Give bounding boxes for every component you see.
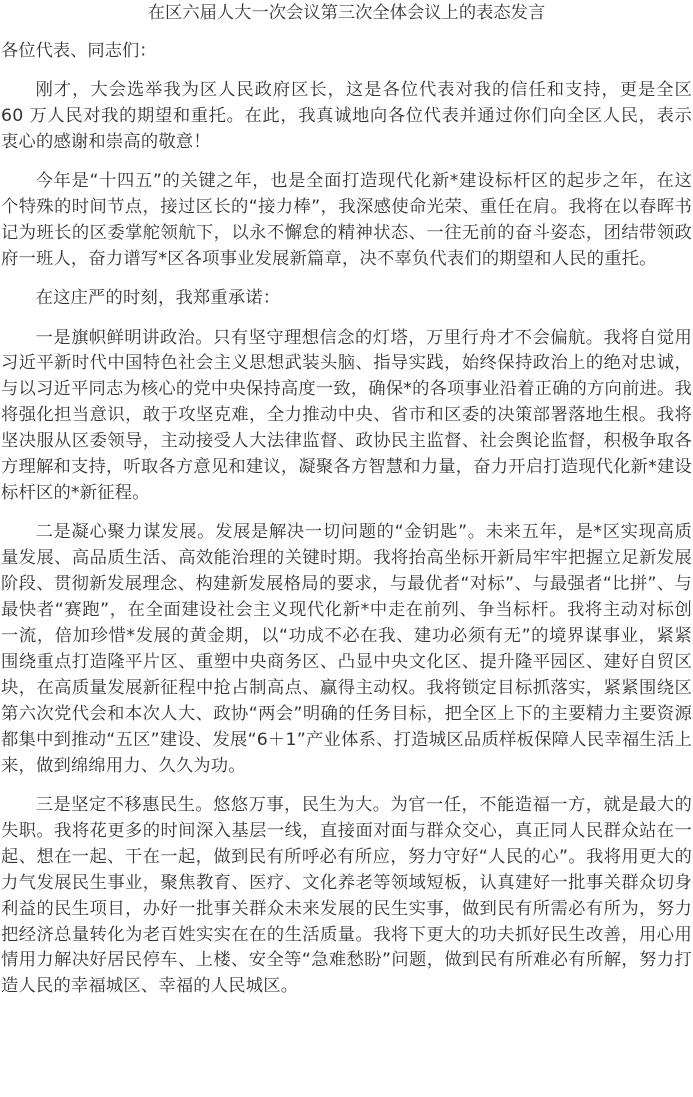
greeting: 各位代表、同志们：: [1, 39, 692, 65]
paragraph-pledge-politics: 一是旗帜鲜明讲政治。只有坚守理想信念的灯塔，万里行舟才不会偏航。我将自觉用习近平…: [1, 326, 692, 507]
document: 在区六届人大一次会议第三次全体会议上的表态发言 各位代表、同志们： 刚才，大会选…: [0, 0, 693, 1000]
paragraph-pledge-development: 二是凝心聚力谋发展。发展是解决一切问题的“金钥匙”。未来五年，是*区实现高质量发…: [1, 520, 692, 779]
document-title: 在区六届人大一次会议第三次全体会议上的表态发言: [1, 1, 692, 27]
paragraph-context: 今年是“十四五”的关键之年，也是全面打造现代化新*建设标杆区的起步之年，在这个特…: [1, 169, 692, 273]
paragraph-pledge-intro: 在这庄严的时刻，我郑重承诺：: [1, 286, 692, 312]
paragraph-pledge-livelihood: 三是坚定不移惠民生。悠悠万事，民生为大。为官一任，不能造福一方，就是最大的失职。…: [1, 793, 692, 1000]
paragraph-opening: 刚才，大会选举我为区人民政府区长，这是各位代表对我的信任和支持，更是全区 60 …: [1, 78, 692, 156]
